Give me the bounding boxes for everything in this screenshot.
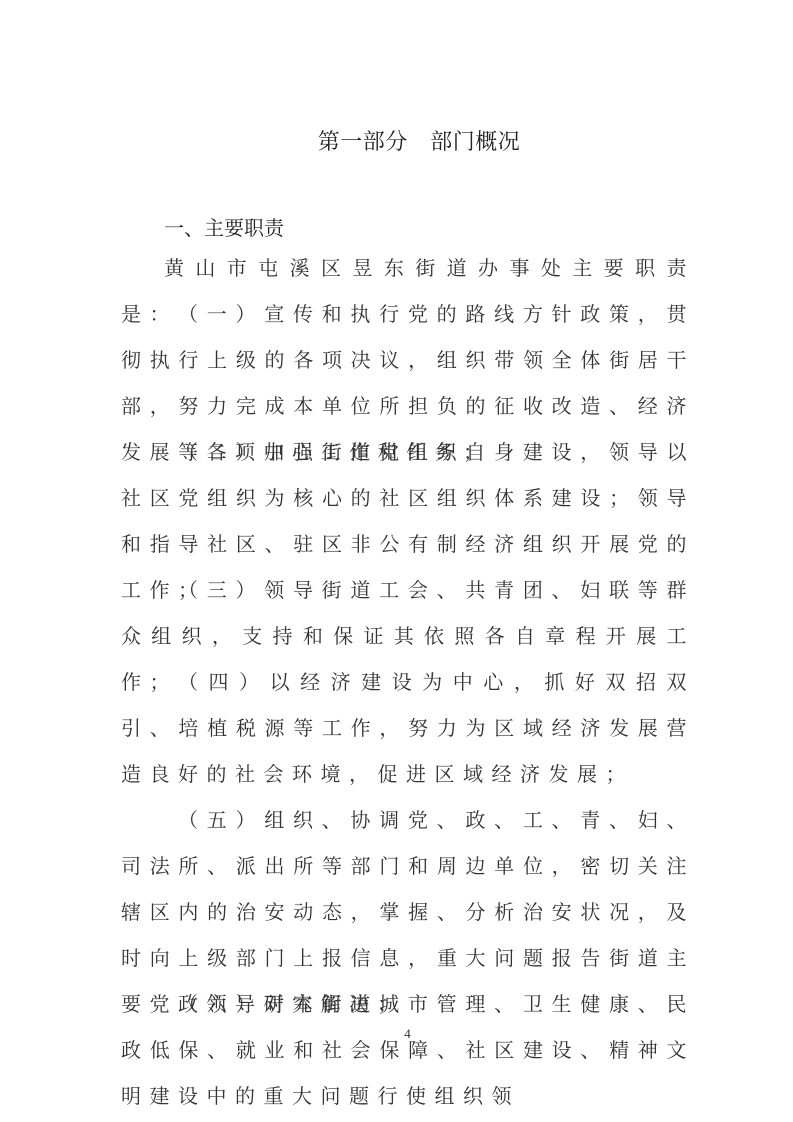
page-number: 4 [0, 1026, 793, 1042]
paragraph-duty-6: （六）对本街道城市管理、卫生健康、民政低保、就业和社会保障、社区建设、精神文明建… [121, 981, 695, 1119]
document-page: 第一部分 部门概况 一、主要职责 黄山市屯溪区昱东街道办事处主要职责是： （一）… [0, 0, 793, 1122]
section-heading: 一、主要职责 [164, 214, 284, 242]
page-title: 第一部分 部门概况 [0, 128, 793, 158]
paragraph-duty-4: （四）以经济建设为中心，抓好双招双引、培植税源等工作，努力为区域经济发展营造良好… [121, 659, 695, 797]
